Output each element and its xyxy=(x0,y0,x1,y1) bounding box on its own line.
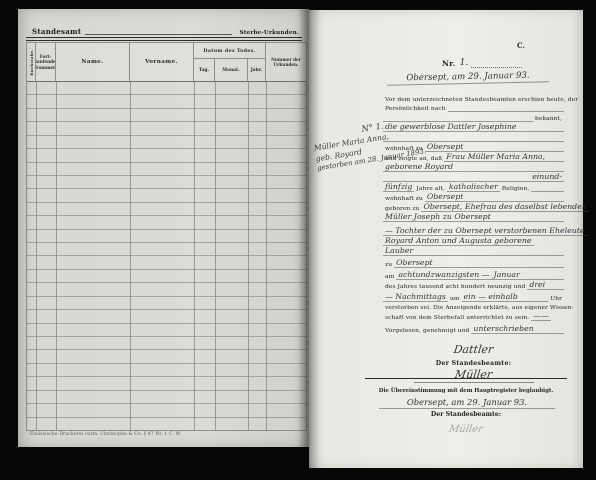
header-name: Name. xyxy=(56,43,130,81)
blank-underline xyxy=(522,272,564,280)
printed-text: wohnhaft zu xyxy=(383,196,425,202)
form-line: die gewerblose Dattler Josephine xyxy=(383,122,564,132)
printer-imprint: Elsässische Druckerei vorm. Christophe &… xyxy=(30,432,181,437)
nr-label: Nr. xyxy=(442,59,456,68)
table-row xyxy=(27,109,306,122)
table-row xyxy=(27,136,306,149)
handwritten-text: Obersept xyxy=(425,142,465,152)
double-rule xyxy=(26,37,302,41)
table-row xyxy=(27,270,306,283)
header-vorname: Vorname. xyxy=(130,43,194,81)
table-row xyxy=(27,163,306,176)
form-line xyxy=(383,132,564,142)
form-line: Royard Anton und Augusta geborene xyxy=(383,236,564,246)
form-line: bekannt, xyxy=(383,112,564,122)
form-line: Müller Joseph zu Obersept xyxy=(383,212,564,222)
handwritten-text: ein — einhalb xyxy=(462,292,520,302)
table-row xyxy=(27,283,306,296)
handwritten-text: Obersept, Ehefrau des daselbst lebenden xyxy=(421,202,588,212)
blank-underline xyxy=(448,104,564,112)
blank-underline xyxy=(547,282,564,290)
handwritten-text: Frau Müller Maria Anna, xyxy=(444,152,547,162)
header-letter-column: Buchstabe. xyxy=(27,43,36,81)
left-page: Standesamt Sterbe-Urkunden. Buchstabe. F… xyxy=(18,9,309,447)
header-year: Jahr. xyxy=(248,59,265,81)
form-line: schaft von dem Sterbefall unterrichtet z… xyxy=(383,311,564,321)
handwritten-text: — Tochter der zu Obersept verstorbenen E… xyxy=(383,226,587,236)
form-line: fünfzigJahre alt,katholischerReligion, xyxy=(383,182,564,192)
certification-date-line: Obersept, am 29. Januar 93. xyxy=(379,397,555,409)
declarant-signature: Dattler xyxy=(382,343,565,356)
handwritten-text: Obersept xyxy=(425,192,465,202)
printed-text: Persönlichkeit nach xyxy=(383,106,448,112)
table-row xyxy=(27,149,306,162)
column-divider xyxy=(248,82,249,430)
table-row xyxy=(27,95,306,108)
printed-text: Religion, xyxy=(500,186,531,192)
table-row xyxy=(27,377,306,390)
printed-text: um xyxy=(448,296,462,302)
certification-signature: Müller xyxy=(364,424,568,435)
table-row xyxy=(27,391,306,404)
header-date-of-death-label: Datum des Todes. xyxy=(194,43,265,59)
form-letter-c: C. xyxy=(517,41,525,50)
form-line: geborene Royard xyxy=(383,162,564,172)
table-row xyxy=(27,230,306,243)
header-date-of-death-group: Datum des Todes. Tag. Monat. Jahr. xyxy=(194,43,266,81)
printed-text: zu xyxy=(383,262,394,268)
certification-standesbeamte-label: Der Standesbeamte: xyxy=(365,411,567,418)
printed-text: des Jahres tausend acht hundert neunzig … xyxy=(383,284,527,290)
standesamt-blank-line xyxy=(85,26,231,35)
handwritten-text: fünfzig xyxy=(383,182,414,192)
printed-text: Uhr xyxy=(548,296,564,302)
form-line: einund- xyxy=(383,172,564,182)
blank-underline xyxy=(455,164,564,172)
blank-underline xyxy=(547,154,564,162)
table-row xyxy=(27,256,306,269)
certification-rule xyxy=(365,378,567,379)
form-line: und zeigte an, daßFrau Müller Maria Anna… xyxy=(383,152,564,162)
column-divider xyxy=(130,82,131,430)
handwritten-text: Lauber xyxy=(383,246,415,256)
handwritten-text: Obersept xyxy=(394,258,434,268)
table-row xyxy=(27,176,306,189)
table-row xyxy=(27,337,306,350)
column-divider xyxy=(36,82,37,430)
scanned-register-photo: Standesamt Sterbe-Urkunden. Buchstabe. F… xyxy=(0,0,596,480)
record-date-line: Obersept, am 29. Januar 93. xyxy=(387,70,549,85)
table-row xyxy=(27,203,306,216)
header-serial-number: Fort-laufende Nummer. xyxy=(36,43,56,81)
register-table: Buchstabe. Fort-laufende Nummer. Name. V… xyxy=(26,42,307,431)
header-date-subrow: Tag. Monat. Jahr. xyxy=(194,59,265,81)
left-page-header: Standesamt Sterbe-Urkunden. xyxy=(32,20,299,36)
handwritten-text: —— xyxy=(531,311,551,321)
printed-text: am xyxy=(383,274,396,280)
record-number-line: Nr. 1. xyxy=(442,58,522,68)
table-row xyxy=(27,418,306,430)
right-page: C. Nr. 1. Obersept, am 29. Januar 93. N°… xyxy=(309,10,583,468)
table-row xyxy=(27,364,306,377)
handwritten-text: achtundzwanzigsten — xyxy=(396,270,491,280)
table-row xyxy=(27,216,306,229)
blank-underline xyxy=(383,114,533,122)
table-row xyxy=(27,350,306,363)
handwritten-text: Royard Anton und Augusta geborene xyxy=(383,236,534,246)
form-line: geboren zuObersept, Ehefrau des daselbst… xyxy=(383,202,564,212)
printed-text: Vorgelesen, genehmigt und xyxy=(383,328,471,334)
blank-underline xyxy=(536,326,564,334)
handwritten-text: Januar xyxy=(492,270,522,280)
form-line: Lauber xyxy=(383,246,564,256)
blank-underline xyxy=(493,214,564,222)
header-month: Monat. xyxy=(215,59,248,81)
standesamt-label: Standesamt xyxy=(32,27,81,36)
form-line: wohnhaft zuObersept xyxy=(383,192,564,202)
handwritten-text: geborene Royard xyxy=(383,162,455,172)
column-divider xyxy=(56,82,57,430)
form-line: Vorgelesen, genehmigt undunterschrieben xyxy=(383,324,564,334)
header-letter-label: Buchstabe. xyxy=(29,49,34,76)
handwritten-text: — Nachmittags xyxy=(383,292,448,302)
form-line: des Jahres tausend acht hundert neunzig … xyxy=(383,280,564,290)
table-row xyxy=(27,310,306,323)
column-divider xyxy=(194,82,195,430)
nr-blank-line xyxy=(471,61,522,68)
printed-text: wohnhaft zu xyxy=(383,146,425,152)
blank-underline xyxy=(383,174,530,182)
column-divider xyxy=(215,82,216,430)
table-row xyxy=(27,189,306,202)
blank-underline xyxy=(435,260,564,268)
certification-note: Die Übereinstimmung mit dem Hauptregiste… xyxy=(365,388,567,394)
handwritten-text: katholischer xyxy=(447,182,500,192)
blank-underline xyxy=(383,134,564,142)
signature-underline xyxy=(414,382,534,383)
table-row xyxy=(27,82,306,95)
table-header-row: Buchstabe. Fort-laufende Nummer. Name. V… xyxy=(27,43,306,82)
blank-underline xyxy=(415,248,564,256)
standesbeamte-label: Der Standesbeamte: xyxy=(383,360,564,367)
sterbe-urkunden-label: Sterbe-Urkunden. xyxy=(240,30,299,36)
printed-text: schaft von dem Sterbefall unterrichtet z… xyxy=(383,315,531,321)
form-line: zuObersept xyxy=(383,258,564,268)
header-register-number: Nummer der Urkunden. xyxy=(266,43,306,81)
handwritten-text: drei xyxy=(527,280,547,290)
printed-text: Vor dem unterzeichneten Standesbeamten e… xyxy=(383,97,580,103)
header-day: Tag. xyxy=(194,59,215,81)
handwritten-text: die gewerblose Dattler Josephine xyxy=(383,122,519,132)
form-line: Persönlichkeit nach xyxy=(383,103,564,113)
form-line: amachtundzwanzigsten —Januar xyxy=(383,270,564,280)
form-line: Vor dem unterzeichneten Standesbeamten e… xyxy=(383,93,564,103)
table-row xyxy=(27,122,306,135)
form-line: wohnhaft zuObersept xyxy=(383,142,564,152)
column-divider xyxy=(266,82,267,430)
handwritten-text: einund- xyxy=(530,172,564,182)
blank-underline xyxy=(520,294,548,302)
blank-underline xyxy=(519,124,564,132)
form-body: Vor dem unterzeichneten Standesbeamten e… xyxy=(383,93,564,383)
registrar-signature: Müller xyxy=(382,368,565,381)
blank-underline xyxy=(531,184,564,192)
nr-value: 1. xyxy=(460,58,469,68)
printed-text: bekannt, xyxy=(533,116,564,122)
handwritten-text: Müller Joseph zu Obersept xyxy=(383,212,493,222)
form-line: verstorben sei. Die Anzeigende erklärte,… xyxy=(383,302,564,312)
form-line: — Nachmittagsumein — einhalbUhr xyxy=(383,292,564,302)
table-row xyxy=(27,297,306,310)
table-row xyxy=(27,404,306,417)
table-row xyxy=(27,243,306,256)
blank-underline xyxy=(465,144,564,152)
handwritten-text: unterschrieben xyxy=(471,324,535,334)
table-body xyxy=(27,82,306,430)
table-row xyxy=(27,324,306,337)
blank-underline xyxy=(465,194,564,202)
form-line: — Tochter der zu Obersept verstorbenen E… xyxy=(383,226,564,236)
form-lines: Vor dem unterzeichneten Standesbeamten e… xyxy=(383,93,564,334)
